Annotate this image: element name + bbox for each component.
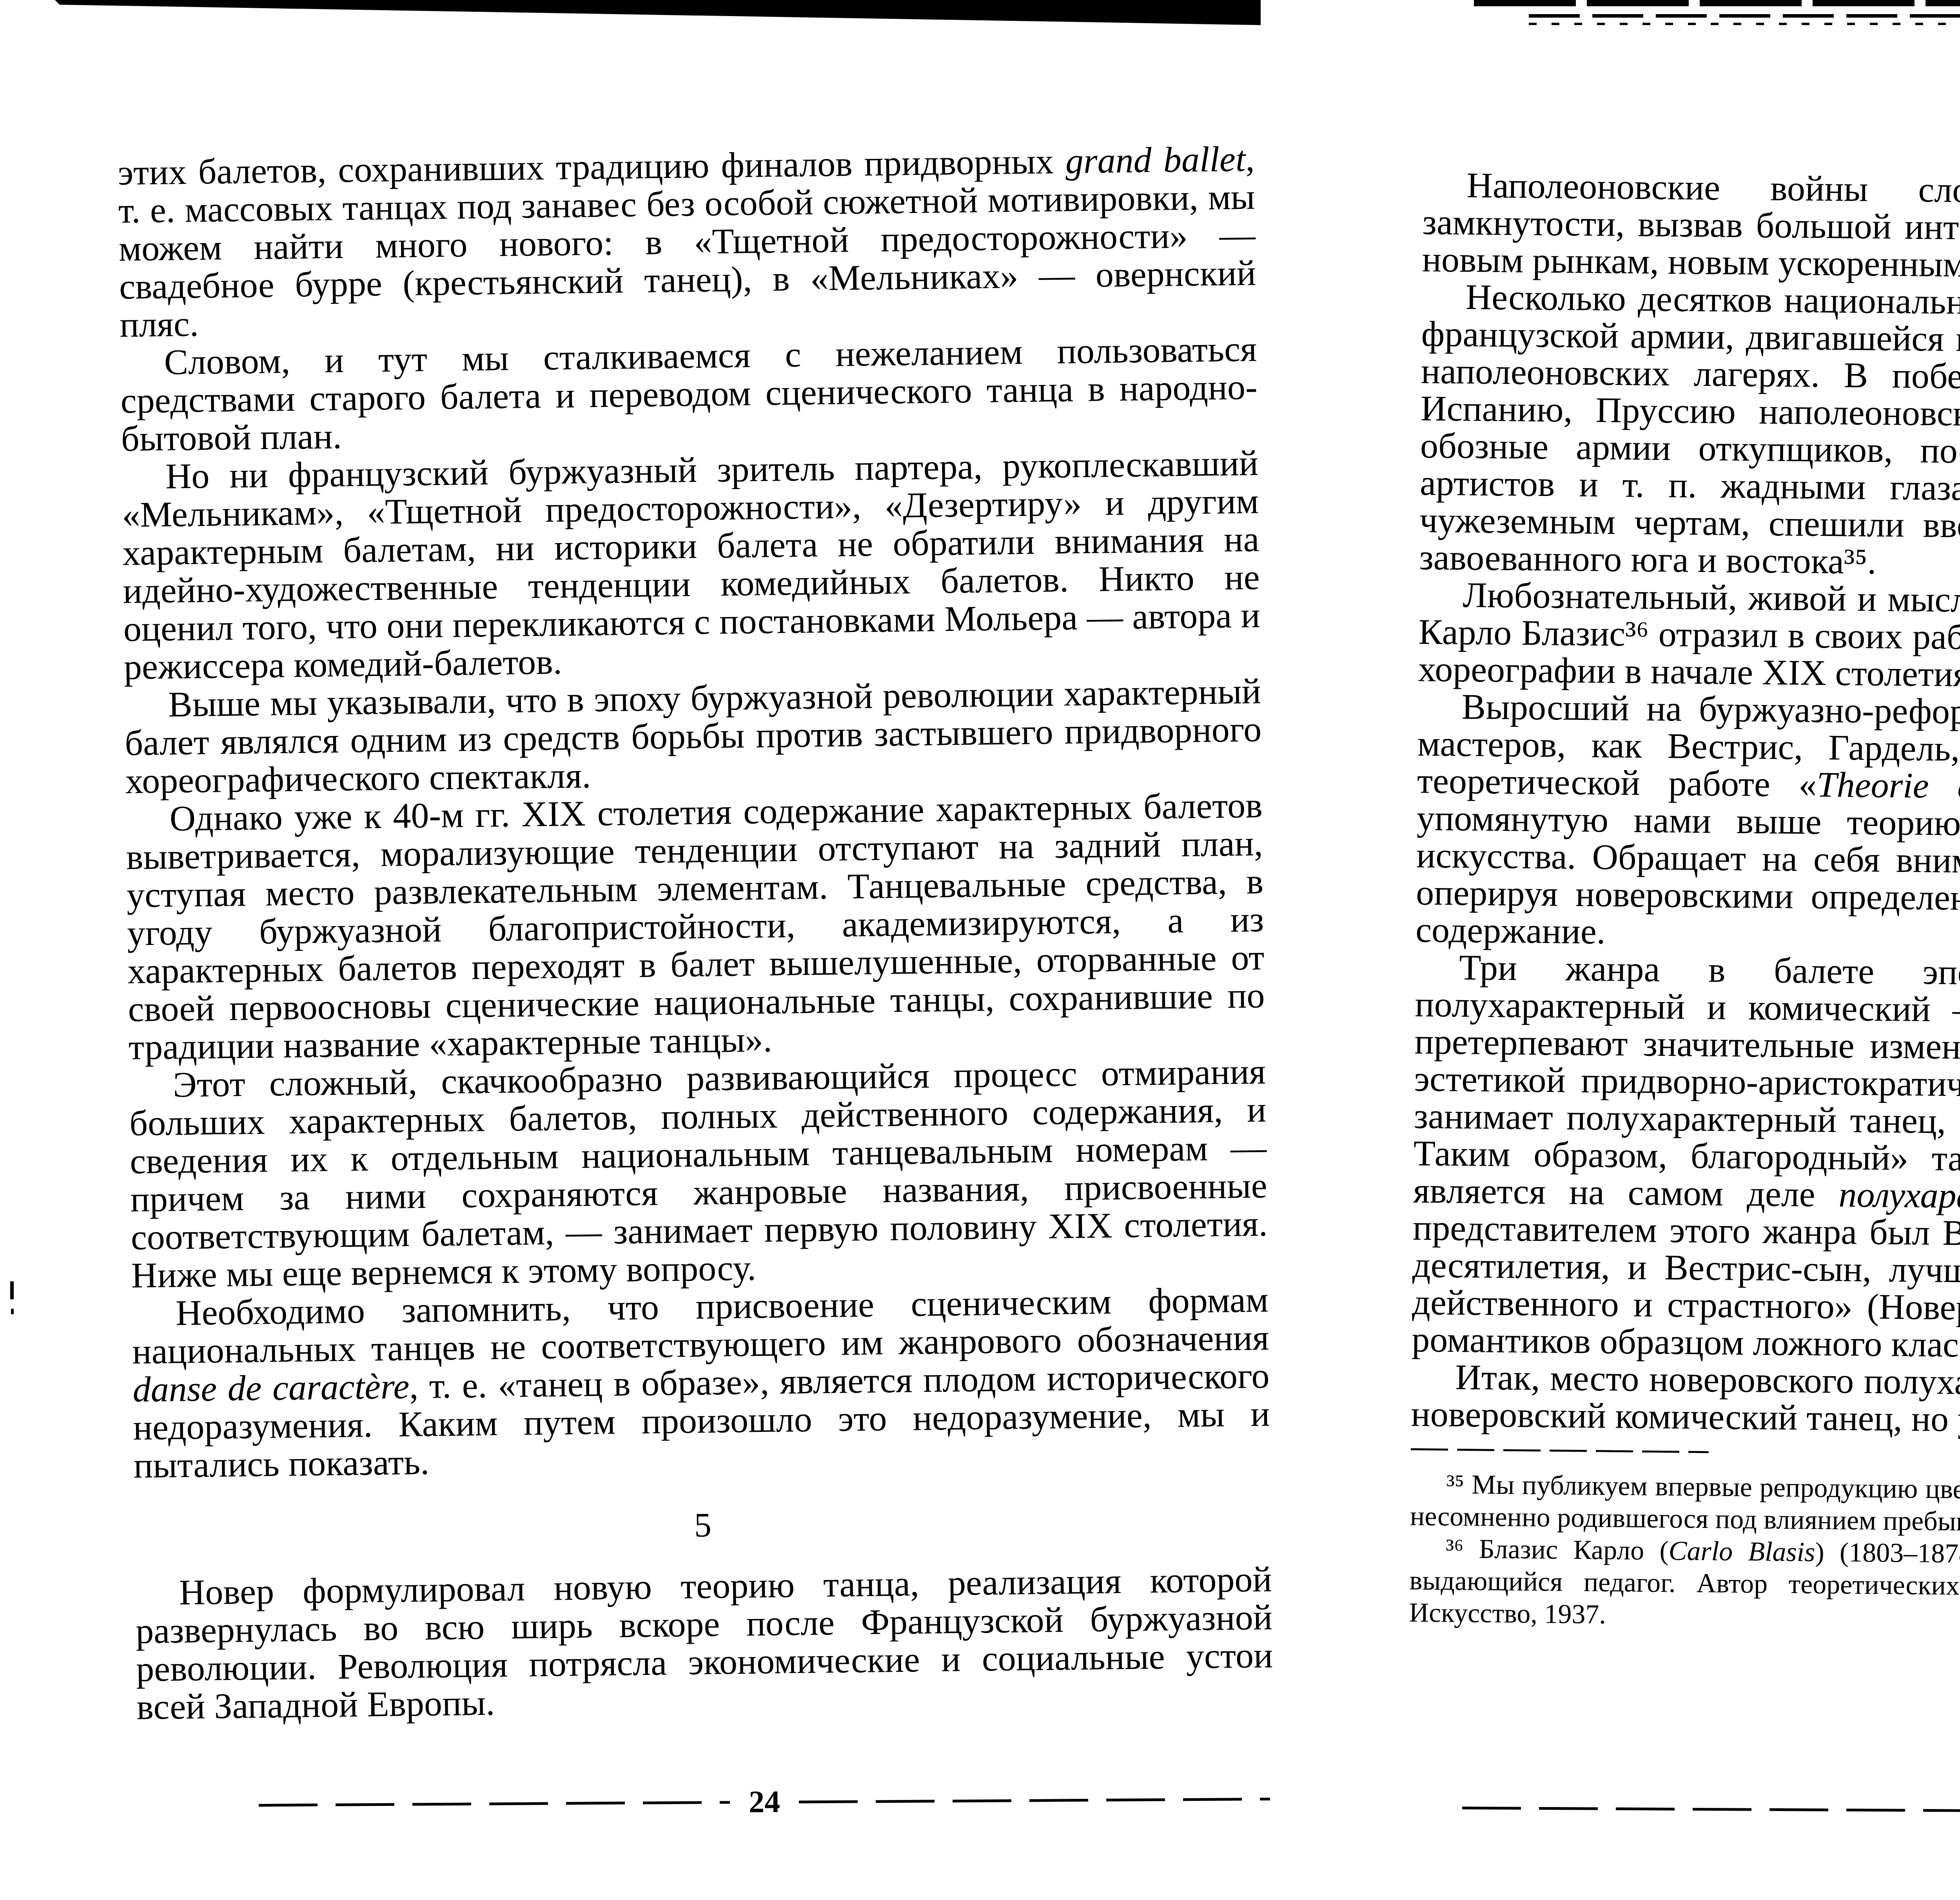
paragraph: Необходимо запомнить, что присвоение сце…: [132, 1281, 1271, 1484]
footnote: ³⁵ Мы публикуем впервые репродукцию цвет…: [1410, 1468, 1960, 1544]
paragraph: Несколько десятков национальностей входи…: [1419, 278, 1960, 587]
book-scan-spread: { "left_page": { "page_number": "24", "s…: [0, 0, 1960, 1900]
scan-artifact-margin-mark: [10, 1281, 14, 1299]
paragraph: Итак, место новеровского полухарактерног…: [1411, 1358, 1960, 1444]
paragraph: Но ни французский буржуазный зритель пар…: [121, 444, 1261, 686]
text-run: ³⁶ Блазис Карло (: [1446, 1534, 1669, 1566]
italic-phrase-danse-de-caractere: danse de caractère: [132, 1366, 410, 1410]
paragraph: Выше мы указывали, что в эпоху буржуазно…: [124, 672, 1262, 800]
italic-phrase-poluharakternym: полухарактерным: [1838, 1174, 1960, 1217]
paragraph: Словом, и тут мы сталкиваемся с нежелани…: [120, 330, 1258, 458]
footer-rule-right: [799, 1798, 1270, 1803]
paragraph: Три жанра в балете эпохи Новера — «благо…: [1412, 948, 1960, 1369]
text-run: Три жанра в балете эпохи Новера — «благо…: [1413, 947, 1960, 1214]
scan-artifact-streak-3: [1529, 23, 1960, 25]
page-footer-left: 24: [259, 1783, 1270, 1821]
paragraph: Любознательный, живой и мыслящий молодой…: [1418, 576, 1960, 699]
paragraph: Однако уже к 40-м гг. XIX столетия содер…: [125, 786, 1265, 1066]
paragraph: Новер формулировал новую теорию танца, р…: [135, 1560, 1274, 1726]
scan-artifact-margin-dot: [11, 1309, 14, 1314]
page-footer-right: 25: [1462, 1792, 1960, 1829]
footer-rule-left: [259, 1801, 730, 1806]
scan-artifact-top-wedge: [0, 0, 1294, 27]
left-page: этих балетов, сохранивших традицию финал…: [118, 140, 1274, 1726]
footnote: ³⁶ Блазис Карло (Carlo Blasis) (1803–187…: [1409, 1533, 1960, 1640]
section-number: 5: [134, 1501, 1271, 1549]
paragraph: этих балетов, сохранивших традицию финал…: [118, 140, 1257, 344]
page-number-left: 24: [749, 1786, 780, 1818]
scan-artifact-top-streak: [1474, 0, 1960, 6]
footnote-separator: [1411, 1448, 1709, 1453]
italic-phrase-grand-ballet: grand ballet: [1065, 139, 1246, 181]
paragraph: Этот сложный, скачкообразно развивающийс…: [129, 1052, 1268, 1294]
footer-rule-left: [1462, 1806, 1960, 1812]
paragraph: Наполеоновские войны сломали перегородки…: [1422, 166, 1960, 289]
paragraph: Выросший на буржуазно-реформаторской зак…: [1416, 688, 1960, 959]
right-page: Наполеоновские войны сломали перегородки…: [1409, 166, 1960, 1640]
italic-phrase-carlo-blasis: Carlo Blasis: [1668, 1536, 1815, 1568]
text-run: ³⁵ Мы публикуем впервые репродукцию цвет…: [1446, 1470, 1960, 1506]
scan-artifact-streak-2: [1529, 14, 1960, 18]
